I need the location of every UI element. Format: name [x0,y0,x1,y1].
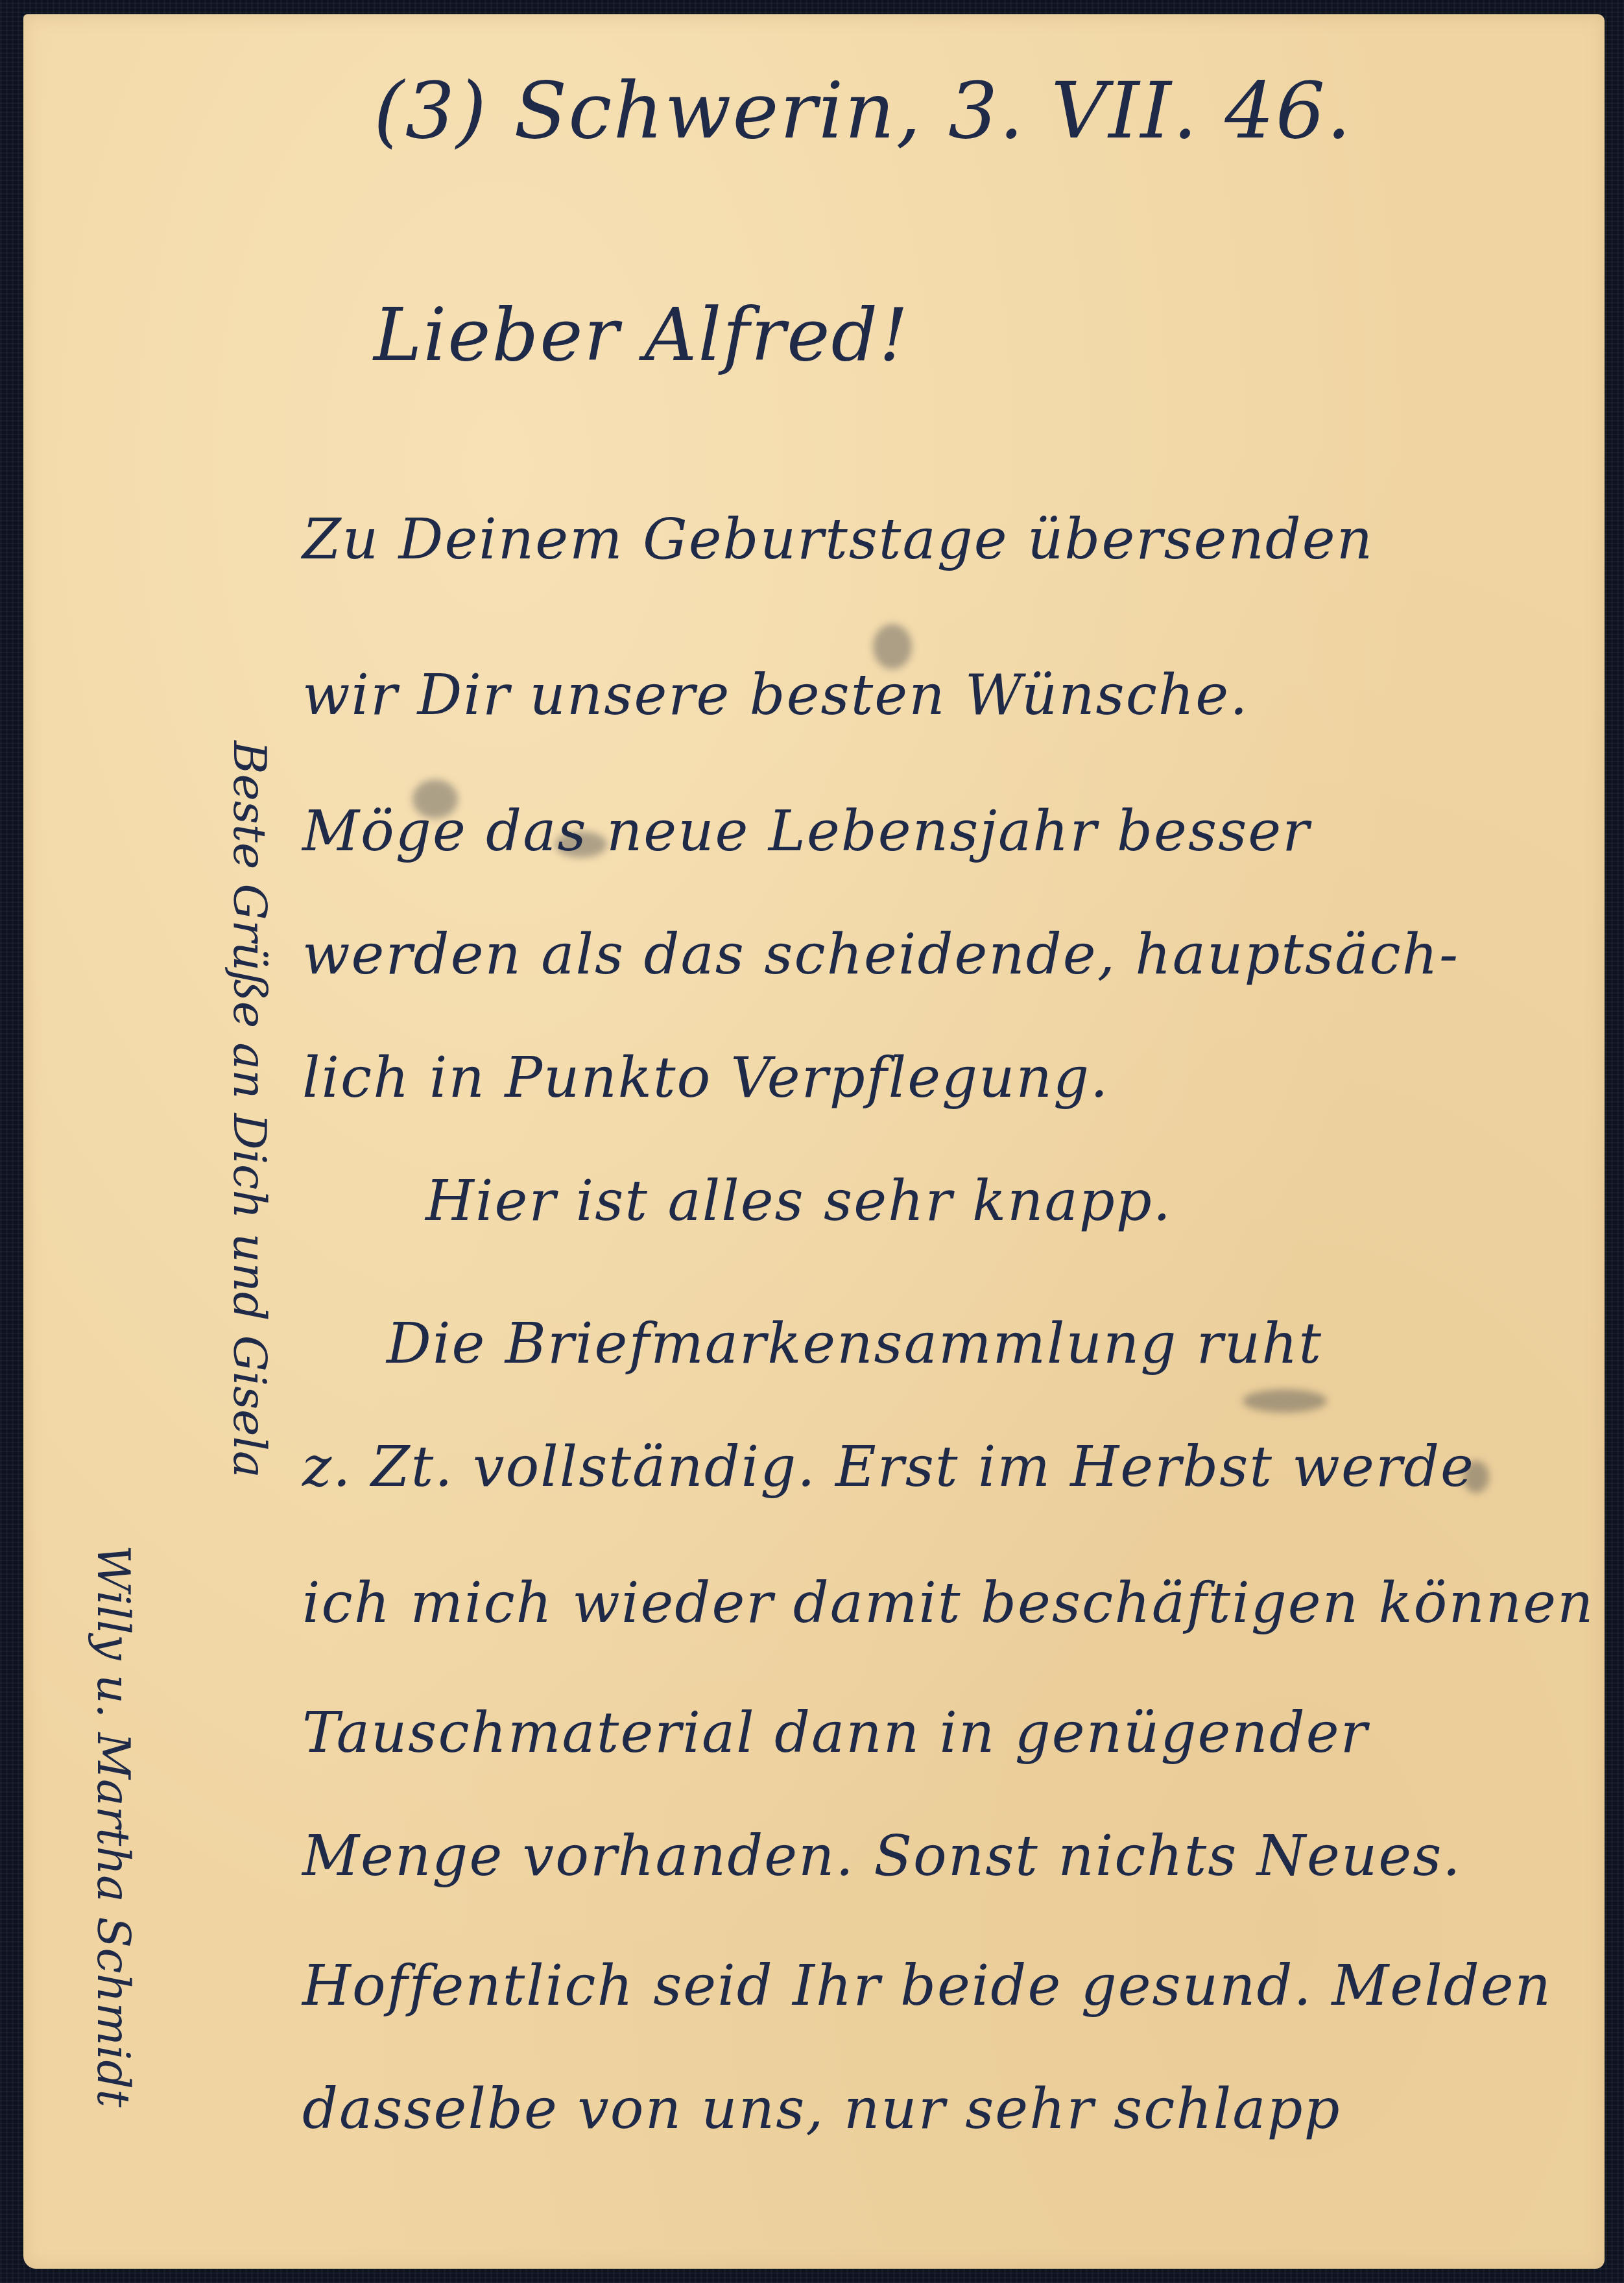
body-line: Hier ist alles sehr knapp. [425,1169,1172,1234]
heading-place-date: (3) Schwerin, 3. VII. 46. [374,66,1352,156]
body-line: Menge vorhanden. Sonst nichts Neues. [302,1824,1462,1889]
body-line: Hoffentlich seid Ihr beide gesund. Melde… [302,1954,1552,2018]
body-line: z. Zt. vollständig. Erst im Herbst werde [302,1435,1475,1500]
body-line: Möge das neue Lebensjahr besser [302,799,1310,864]
postcard: (3) Schwerin, 3. VII. 46. Lieber Alfred!… [23,14,1605,2269]
ink-smudge [1243,1389,1327,1413]
body-line: lich in Punkto Verpflegung. [302,1046,1109,1110]
margin-note-greetings: Beste Grüße an Dich und Gisela [223,741,276,1478]
body-line: Die Briefmarkensammlung ruht [387,1311,1322,1376]
body-line: Zu Deinem Geburtstage übersenden [302,507,1374,572]
salutation: Lieber Alfred! [374,293,909,377]
place-date: Schwerin, 3. VII. 46. [514,66,1352,156]
body-line: Tauschmaterial dann in genügender [302,1701,1368,1765]
body-line: dasselbe von uns, nur sehr schlapp [302,2077,1341,2142]
body-line: ich mich wieder damit beschäftigen könne… [302,1571,1594,1636]
body-line: wir Dir unsere besten Wünsche. [302,663,1248,728]
margin-note-signature: Willy u. Martha Schmidt [87,1545,140,2107]
postal-zone: (3) [374,66,488,156]
body-line: werden als das scheidende, hauptsäch- [302,922,1459,987]
